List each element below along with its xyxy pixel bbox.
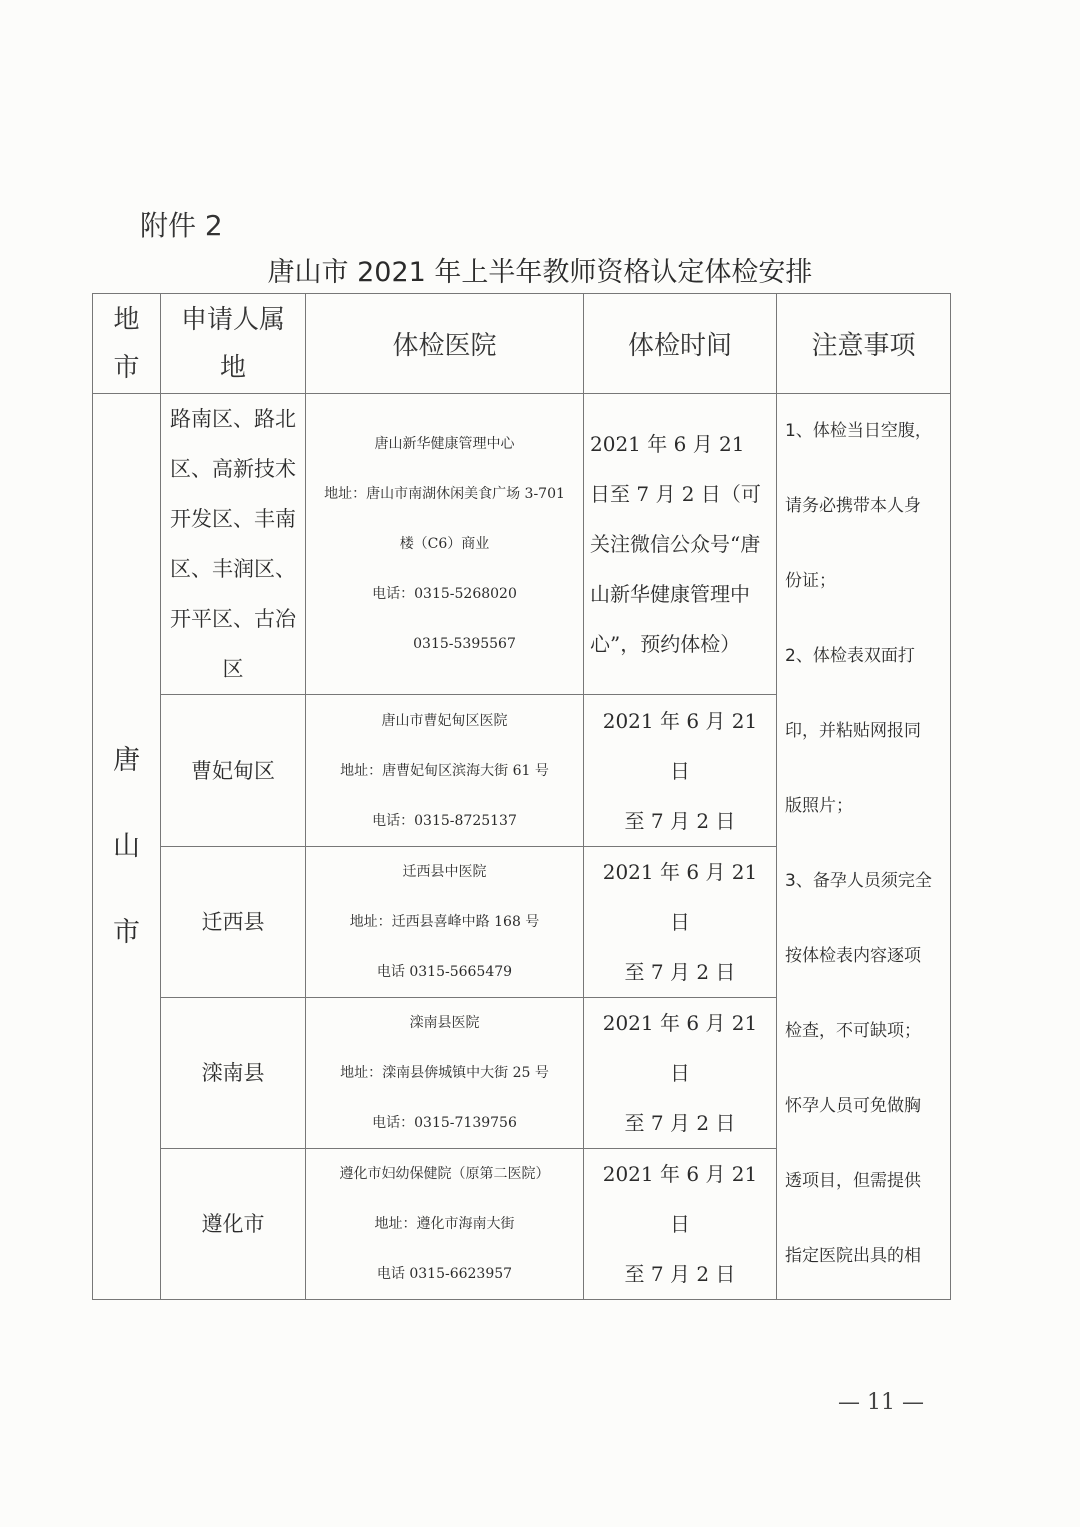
header-time: 体检时间 (584, 294, 777, 394)
hospital-address: 地址：迁西县喜峰中路 168 号 (306, 897, 583, 947)
header-city: 地 市 (93, 294, 161, 394)
time-cell: 2021 年 6 月 21 日 至 7 月 2 日 (584, 1149, 777, 1300)
area-cell: 曹妃甸区 (161, 695, 306, 847)
hospital-address: 地址：唐曹妃甸区滨海大街 61 号 (306, 746, 583, 796)
area-cell: 滦南县 (161, 998, 306, 1149)
hospital-name: 迁西县中医院 (306, 847, 583, 897)
document-title: 唐山市 2021 年上半年教师资格认定体检安排 (0, 250, 1080, 289)
hospital-cell: 迁西县中医院 地址：迁西县喜峰中路 168 号 电话 0315-5665479 (306, 847, 584, 998)
area-cell: 路南区、路北区、高新技术开发区、丰南区、丰润区、开平区、古冶区 (161, 394, 306, 695)
hospital-phone: 电话：0315-5268020 (306, 569, 583, 619)
header-applicant-area: 申请人属 地 (161, 294, 306, 394)
header-row: 地 市 申请人属 地 体检医院 体检时间 注意事项 (93, 294, 951, 394)
hospital-phone: 电话：0315-8725137 (306, 796, 583, 846)
time-cell: 2021 年 6 月 21 日至 7 月 2 日（可关注微信公众号“唐山新华健康… (584, 394, 777, 695)
hospital-address: 地址：遵化市海南大街 (306, 1199, 583, 1249)
time-cell: 2021 年 6 月 21 日 至 7 月 2 日 (584, 847, 777, 998)
header-notes: 注意事项 (777, 294, 951, 394)
hospital-phone-2: 0315-5395567 (306, 619, 583, 669)
hospital-phone: 电话 0315-6623957 (306, 1249, 583, 1299)
time-cell: 2021 年 6 月 21 日 至 7 月 2 日 (584, 695, 777, 847)
page-number: — 11 — (838, 1390, 924, 1415)
hospital-address: 地址：唐山市南湖休闲美食广场 3-701 (306, 469, 583, 519)
notes-cell: 1、体检当日空腹， 请务必携带本人身 份证； 2、体检表双面打 印，并粘贴网报同… (777, 394, 951, 1300)
area-cell: 迁西县 (161, 847, 306, 998)
attachment-label: 附件 2 (140, 204, 223, 244)
hospital-address: 地址：滦南县倴城镇中大街 25 号 (306, 1048, 583, 1098)
area-cell: 遵化市 (161, 1149, 306, 1300)
hospital-cell: 滦南县医院 地址：滦南县倴城镇中大街 25 号 电话：0315-7139756 (306, 998, 584, 1149)
time-cell: 2021 年 6 月 21 日 至 7 月 2 日 (584, 998, 777, 1149)
hospital-name: 唐山市曹妃甸区医院 (306, 696, 583, 746)
hospital-address-cont: 楼（C6）商业 (306, 519, 583, 569)
hospital-phone: 电话 0315-5665479 (306, 947, 583, 997)
exam-schedule-table: 地 市 申请人属 地 体检医院 体检时间 注意事项 唐 山 市 路南区、路北区、… (92, 293, 951, 1300)
hospital-cell: 唐山新华健康管理中心 地址：唐山市南湖休闲美食广场 3-701 楼（C6）商业 … (306, 394, 584, 695)
hospital-name: 遵化市妇幼保健院（原第二医院） (306, 1149, 583, 1199)
city-cell: 唐 山 市 (93, 394, 161, 1300)
header-hospital: 体检医院 (306, 294, 584, 394)
hospital-name: 滦南县医院 (306, 998, 583, 1048)
table-row: 唐 山 市 路南区、路北区、高新技术开发区、丰南区、丰润区、开平区、古冶区 唐山… (93, 394, 951, 695)
hospital-cell: 唐山市曹妃甸区医院 地址：唐曹妃甸区滨海大街 61 号 电话：0315-8725… (306, 695, 584, 847)
hospital-name: 唐山新华健康管理中心 (306, 419, 583, 469)
hospital-cell: 遵化市妇幼保健院（原第二医院） 地址：遵化市海南大街 电话 0315-66239… (306, 1149, 584, 1300)
hospital-phone: 电话：0315-7139756 (306, 1098, 583, 1148)
